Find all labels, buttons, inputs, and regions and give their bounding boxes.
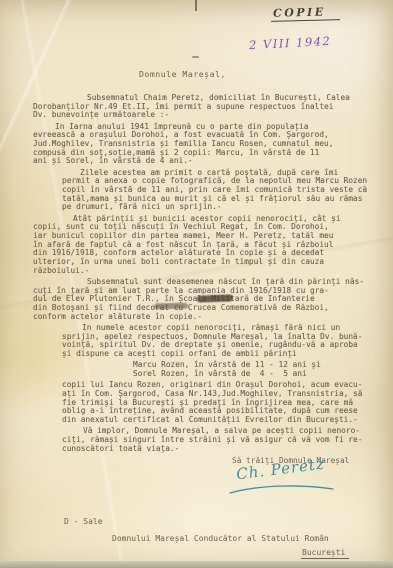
letter-line: ani și Sorel, în vârstă de 4 ani.- (33, 157, 393, 166)
signature: Ch. Peretz (236, 459, 346, 478)
letter-line: Dv. bunevoințe următoarele :- (33, 111, 393, 120)
fold-mark-small (192, 56, 199, 58)
letter-body: Subsemnatul Chaim Peretz, domiciliat în … (0, 94, 393, 456)
letter-paragraph: Vă implor, Domnule Mareșal, a salva pe a… (62, 427, 393, 453)
letter-paragraph: Subsemnatul Chaim Peretz, domiciliat în … (33, 94, 393, 120)
signature-flourish (226, 482, 338, 496)
letter-line: războiului.- (33, 267, 393, 276)
ink-smudge (154, 303, 188, 310)
letter-paragraph: In numele acestor copii nenorociți, răma… (62, 324, 393, 359)
letter-paragraph: Atât părinții și bunicii acestor copii n… (33, 215, 393, 276)
letter-paragraph: In Iarna anului 1941 împreună cu o parte… (33, 123, 393, 167)
salutation: Domnule Mareșal, (139, 69, 226, 79)
signature-text: Ch. Peretz (235, 455, 325, 484)
letter-paragraph: Marcu Rozen, în vârstă de 11 - 12 ani și… (133, 361, 393, 378)
scanned-letter-page: COPIE 2 VIII 1942 Domnule Mareșal, Subse… (0, 0, 393, 568)
date-annotation: 2 VIII 1942 (249, 34, 332, 52)
fold-mark (195, 0, 197, 11)
letter-paragraph: copii lui Iancu Rozen, originari din Ora… (62, 381, 393, 425)
letter-line: Sorel Rozen, în vârstă de 4 - 5 ani (133, 370, 393, 379)
letter-line: din anexatul certificat al Comunității E… (62, 416, 393, 425)
letter-line: și dispune ca acești copii orfani de amb… (62, 350, 393, 359)
ink-smudge (197, 294, 233, 302)
letter-line: pe drumuri, fără nici un sprijin.- (62, 203, 393, 212)
addressee-line: Domnului Mareșal Conducător al Statului … (112, 534, 329, 543)
addressee-intro: D - Sale (64, 517, 103, 526)
letter-line: conform actelor alăturate în copie.- (33, 313, 393, 322)
letter-line: cunoscători toată viața.- (62, 445, 393, 454)
scan-edge (0, 561, 393, 568)
copy-annotation: COPIE (271, 5, 340, 22)
addressee-city: București (301, 548, 349, 559)
letter-paragraph: Zilele acestea am primit o cartă poștală… (62, 169, 393, 213)
